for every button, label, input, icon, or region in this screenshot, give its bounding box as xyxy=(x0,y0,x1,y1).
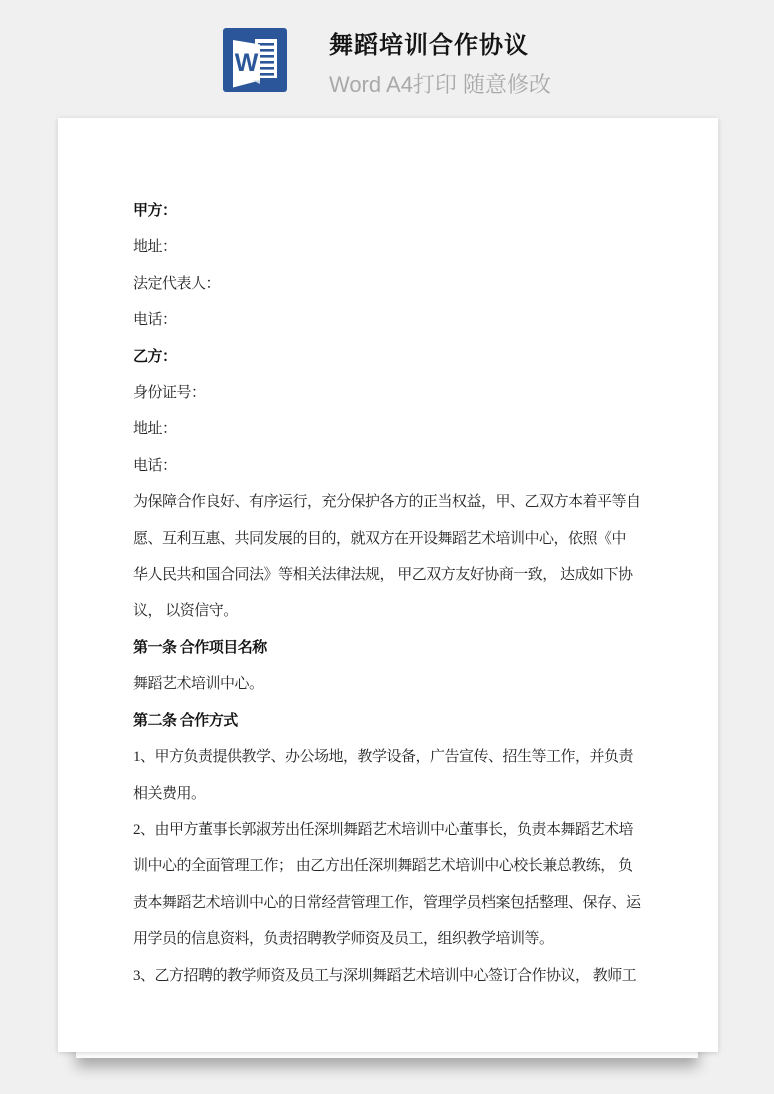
doc-line: 华人民共和国合同法》等相关法律法规， 甲乙双方友好协商一致， 达成如下协 xyxy=(133,557,646,593)
doc-line: 训中心的全面管理工作； 由乙方出任深圳舞蹈艺术培训中心校长兼总教练， 负 xyxy=(133,848,646,884)
doc-line: 用学员的信息资料，负责招聘教学师资及员工，组织教学培训等。 xyxy=(133,921,646,957)
doc-line: 电话： xyxy=(133,448,646,484)
doc-line: 议， 以资信守。 xyxy=(133,593,646,629)
document-body: 甲方：地址：法定代表人：电话：乙方：身份证号：地址：电话：为保障合作良好、有序运… xyxy=(58,118,718,994)
doc-line: 乙方： xyxy=(133,339,646,375)
word-icon: W xyxy=(223,28,287,92)
template-header: W 舞蹈培训合作协议 Word A4打印 随意修改 xyxy=(0,28,774,96)
doc-line: 甲方： xyxy=(133,193,646,229)
doc-line: 相关费用。 xyxy=(133,776,646,812)
doc-line: 地址： xyxy=(133,411,646,447)
doc-line: 愿、互利互惠、共同发展的目的，就双方在开设舞蹈艺术培训中心，依照《中 xyxy=(133,521,646,557)
doc-line: 2、由甲方董事长郭淑芳出任深圳舞蹈艺术培训中心董事长，负责本舞蹈艺术培 xyxy=(133,812,646,848)
svg-text:W: W xyxy=(235,49,259,77)
doc-line: 法定代表人： xyxy=(133,266,646,302)
doc-line: 第二条 合作方式 xyxy=(133,703,646,739)
doc-line: 舞蹈艺术培训中心。 xyxy=(133,666,646,702)
document-page: 甲方：地址：法定代表人：电话：乙方：身份证号：地址：电话：为保障合作良好、有序运… xyxy=(58,118,718,1052)
doc-line: 第一条 合作项目名称 xyxy=(133,630,646,666)
doc-line: 地址： xyxy=(133,229,646,265)
doc-line: 电话： xyxy=(133,302,646,338)
template-title: 舞蹈培训合作协议 xyxy=(329,34,529,58)
template-subtitle: Word A4打印 随意修改 xyxy=(329,74,551,96)
doc-line: 身份证号： xyxy=(133,375,646,411)
doc-line: 3、乙方招聘的教学师资及员工与深圳舞蹈艺术培训中心签订合作协议， 教师工 xyxy=(133,958,646,994)
preview-stage: W 舞蹈培训合作协议 Word A4打印 随意修改 甲方：地址：法定代表人：电话… xyxy=(0,0,774,1094)
doc-line: 1、甲方负责提供教学、办公场地，教学设备，广告宣传、招生等工作，并负责 xyxy=(133,739,646,775)
doc-line: 责本舞蹈艺术培训中心的日常经营管理工作，管理学员档案包括整理、保存、运 xyxy=(133,885,646,921)
doc-line: 为保障合作良好、有序运行，充分保护各方的正当权益，甲、乙双方本着平等自 xyxy=(133,484,646,520)
header-text: 舞蹈培训合作协议 Word A4打印 随意修改 xyxy=(329,28,551,96)
